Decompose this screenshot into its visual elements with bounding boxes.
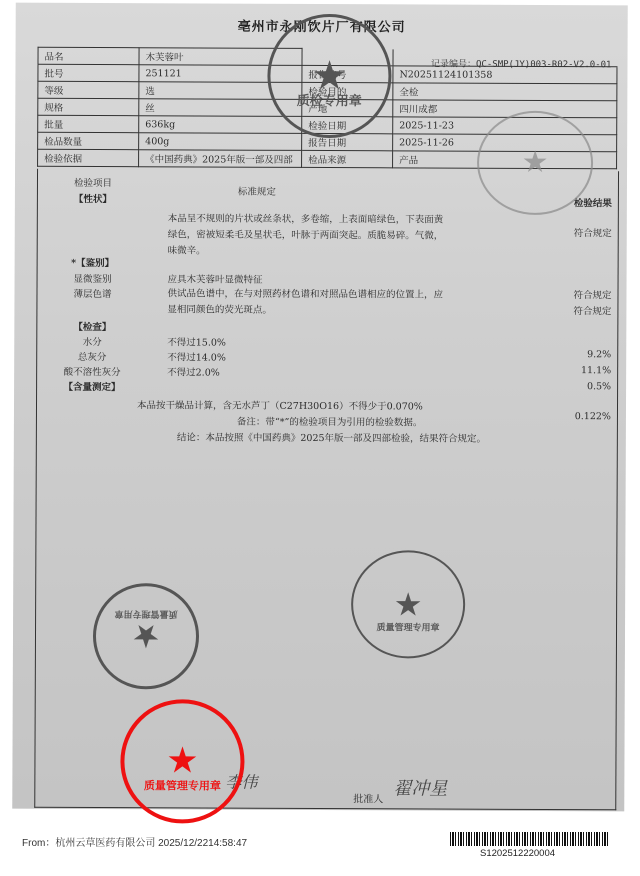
standard-acid-insoluble-ash: 不得过2.0% — [167, 364, 220, 378]
result-assay: 0.122% — [575, 411, 611, 422]
info-label: 批量 — [38, 115, 139, 132]
star-icon: ★ — [166, 743, 198, 779]
info-value-2: N20251124101358 — [393, 66, 617, 84]
header-test-item: 检验项目 — [38, 175, 148, 189]
info-value-2 — [393, 49, 617, 67]
star-icon: ★ — [394, 588, 423, 620]
stamp-inner-text: 质量管理专用章 — [96, 608, 196, 621]
middle-quality-stamp: ★ 质量管理专用章 — [351, 550, 465, 658]
section-title-inspection: 【检查】 — [37, 319, 147, 333]
stamp-inner-text: 质量管理专用章 — [124, 778, 240, 795]
result-appearance: 符合规定 — [574, 225, 612, 239]
section-title-appearance: 【性状】 — [38, 191, 148, 205]
header-standard: 标准规定 — [238, 184, 276, 198]
result-tlc: 符合规定 — [573, 303, 611, 317]
info-value-2: 全检 — [393, 83, 617, 101]
stamp-inner-text: 质量管理专用章 — [353, 620, 463, 633]
section-title-identification: *【鉴别】 — [38, 255, 148, 269]
approver-label: 批准人 — [353, 790, 383, 805]
section-title-assay: 【含量测定】 — [37, 379, 147, 393]
info-label: 规格 — [38, 98, 139, 115]
info-label: 品名 — [38, 47, 139, 64]
info-value-2: 四川成都 — [393, 100, 617, 118]
star-icon: ★ — [132, 620, 161, 652]
standard-total-ash: 不得过14.0% — [167, 349, 226, 363]
info-value: 400g — [139, 133, 302, 151]
left-quality-stamp: ★ 质量管理专用章 — [93, 583, 199, 689]
result-acid-insoluble-ash: 0.5% — [587, 381, 611, 392]
standard-assay: 本品按干燥品计算，含无水芦丁（C27H30O16）不得少于0.070% — [137, 397, 423, 412]
result-moisture: 9.2% — [587, 349, 611, 360]
barcode-number: S1202512220004 — [480, 848, 555, 859]
approver-signature: 翟冲星 — [393, 774, 447, 800]
info-label: 检品数量 — [38, 132, 139, 149]
info-label: 检验依据 — [38, 149, 139, 166]
item-tlc: 薄层色谱 — [37, 286, 147, 300]
item-microscopic: 显微鉴别 — [38, 271, 148, 285]
test-results-section: 检验项目 标准规定 检验结果 【性状】 本品呈不规则的片状或丝条状，多卷缩，上表… — [34, 169, 619, 811]
header-result: 检验结果 — [574, 195, 612, 209]
item-total-ash: 总灰分 — [37, 349, 147, 363]
info-label: 等级 — [38, 81, 139, 98]
fax-from-line: From：杭州云草医药有限公司 2025/12/2214:58:47 — [22, 834, 247, 849]
item-moisture: 水分 — [37, 334, 147, 348]
standard-tlc: 供试品色谱中，在与对照药材色谱和对照品色谱相应的位置上，应显相同颜色的荧光斑点。 — [167, 286, 447, 319]
standard-appearance: 本品呈不规则的片状或丝条状，多卷缩，上表面暗绿色，下表面黄绿色，密被短柔毛及星状… — [168, 211, 448, 260]
stamp-inner-text: 质检专用章 — [270, 90, 388, 110]
result-microscopic: 符合规定 — [573, 287, 611, 301]
standard-moisture: 不得过15.0% — [167, 334, 226, 348]
conclusion: 结论：本品按照《中国药典》2025年版一部及四部检验，结果符合规定。 — [177, 429, 486, 444]
remark: 备注：带“*”的检验项目为引用的检验数据。 — [237, 414, 423, 429]
red-quality-stamp: ★ 质量管理专用章 — [120, 699, 245, 824]
faint-quality-stamp: ★ — [477, 111, 593, 216]
result-total-ash: 11.1% — [581, 365, 611, 376]
info-value: 636kg — [139, 116, 302, 134]
top-quality-stamp: ★ 质检专用章 — [267, 14, 392, 139]
item-acid-insoluble-ash: 酸不溶性灰分 — [37, 364, 147, 378]
standard-microscopic: 应具木芙蓉叶显微特征 — [168, 271, 263, 285]
info-label-2: 检品来源 — [302, 150, 393, 167]
barcode — [450, 832, 610, 846]
info-value: 《中国药典》2025年版一部及四部 — [139, 150, 302, 168]
star-icon: ★ — [522, 148, 549, 178]
inspection-report-page: 亳州市永刚饮片厂有限公司 记录编号：QC-SMP(JY)003-R02-V2.0… — [12, 3, 628, 812]
info-label: 批号 — [38, 64, 139, 81]
